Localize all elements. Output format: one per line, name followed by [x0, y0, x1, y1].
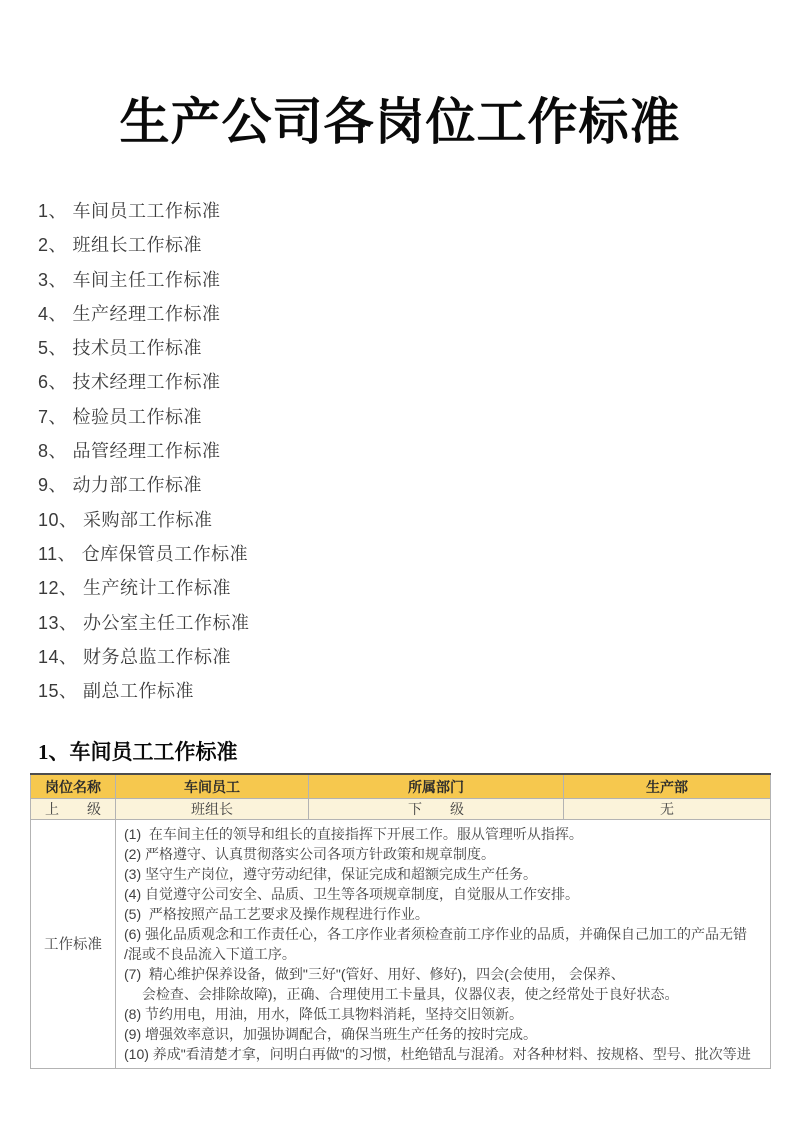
- table-header-row: 岗位名称 车间员工 所属部门 生产部: [31, 774, 771, 798]
- standard-line: (7) 精心维护保养设备，做到"三好"(管好、用好、修好)，四会(会使用， 会保…: [124, 964, 768, 984]
- standard-line: (1) 在车间主任的领导和组长的直接指挥下开展工作。服从管理听从指挥。: [124, 824, 768, 844]
- header-cell-position-label: 岗位名称: [31, 774, 116, 798]
- header-cell-position-value: 车间员工: [116, 774, 309, 798]
- standard-line: 会检查、会排除故障)，正确、合理使用工卡量具，仪器仪表，使之经常处于良好状态。: [124, 984, 768, 1004]
- toc-item: 4、 生产经理工作标准: [38, 297, 800, 331]
- toc-item: 13、 办公室主任工作标准: [38, 606, 800, 640]
- toc-item: 7、 检验员工作标准: [38, 400, 800, 434]
- standard-line: (6) 强化品质观念和工作责任心，各工序作业者须检查前工序作业的品质，并确保自己…: [124, 924, 768, 944]
- cell-superior-label: 上 级: [31, 798, 116, 819]
- toc-item: 2、 班组长工作标准: [38, 228, 800, 262]
- table-body-row: 工作标准 (1) 在车间主任的领导和组长的直接指挥下开展工作。服从管理听从指挥。…: [31, 819, 771, 1068]
- cell-subordinate-label: 下 级: [309, 798, 564, 819]
- document-title: 生产公司各岗位工作标准: [0, 92, 800, 152]
- standard-line: (10) 养成"看清楚才拿，问明白再做"的习惯，杜绝错乱与混淆。对各种材料、按规…: [124, 1044, 768, 1064]
- standard-line: (3) 坚守生产岗位，遵守劳动纪律，保证完成和超额完成生产任务。: [124, 864, 768, 884]
- header-cell-department-label: 所属部门: [309, 774, 564, 798]
- job-standard-table: 岗位名称 车间员工 所属部门 生产部 上 级 班组长 下 级 无 工作标准 (1…: [30, 773, 771, 1069]
- cell-work-standard-label: 工作标准: [31, 819, 116, 1068]
- table-subheader-row: 上 级 班组长 下 级 无: [31, 798, 771, 819]
- toc-item: 5、 技术员工作标准: [38, 331, 800, 365]
- toc-item: 9、 动力部工作标准: [38, 468, 800, 502]
- standard-lines-list: (1) 在车间主任的领导和组长的直接指挥下开展工作。服从管理听从指挥。(2) 严…: [124, 824, 768, 1064]
- cell-subordinate-value: 无: [564, 798, 771, 819]
- cell-superior-value: 班组长: [116, 798, 309, 819]
- standard-line: (9) 增强效率意识，加强协调配合，确保当班生产任务的按时完成。: [124, 1024, 768, 1044]
- toc-item: 14、 财务总监工作标准: [38, 640, 800, 674]
- toc-item: 6、 技术经理工作标准: [38, 365, 800, 399]
- toc-item: 1、 车间员工工作标准: [38, 194, 800, 228]
- standard-line: (2) 严格遵守、认真贯彻落实公司各项方针政策和规章制度。: [124, 844, 768, 864]
- toc-item: 12、 生产统计工作标准: [38, 571, 800, 605]
- toc-item: 10、 采购部工作标准: [38, 503, 800, 537]
- toc-item: 8、 品管经理工作标准: [38, 434, 800, 468]
- section-heading: 1、车间员工工作标准: [38, 736, 800, 766]
- toc-item: 15、 副总工作标准: [38, 674, 800, 708]
- toc-item: 3、 车间主任工作标准: [38, 263, 800, 297]
- standard-line: (5) 严格按照产品工艺要求及操作规程进行作业。: [124, 904, 768, 924]
- standard-line: (4) 自觉遵守公司安全、品质、卫生等各项规章制度，自觉服从工作安排。: [124, 884, 768, 904]
- document-page: 生产公司各岗位工作标准 1、 车间员工工作标准2、 班组长工作标准3、 车间主任…: [0, 0, 800, 1131]
- toc-item: 11、 仓库保管员工作标准: [38, 537, 800, 571]
- standard-line: (8) 节约用电，用油，用水，降低工具物料消耗，坚持交旧领新。: [124, 1004, 768, 1024]
- cell-work-standard-content: (1) 在车间主任的领导和组长的直接指挥下开展工作。服从管理听从指挥。(2) 严…: [116, 819, 771, 1068]
- standard-line: /混或不良品流入下道工序。: [124, 944, 768, 964]
- toc-list: 1、 车间员工工作标准2、 班组长工作标准3、 车间主任工作标准4、 生产经理工…: [38, 194, 800, 708]
- header-cell-department-value: 生产部: [564, 774, 771, 798]
